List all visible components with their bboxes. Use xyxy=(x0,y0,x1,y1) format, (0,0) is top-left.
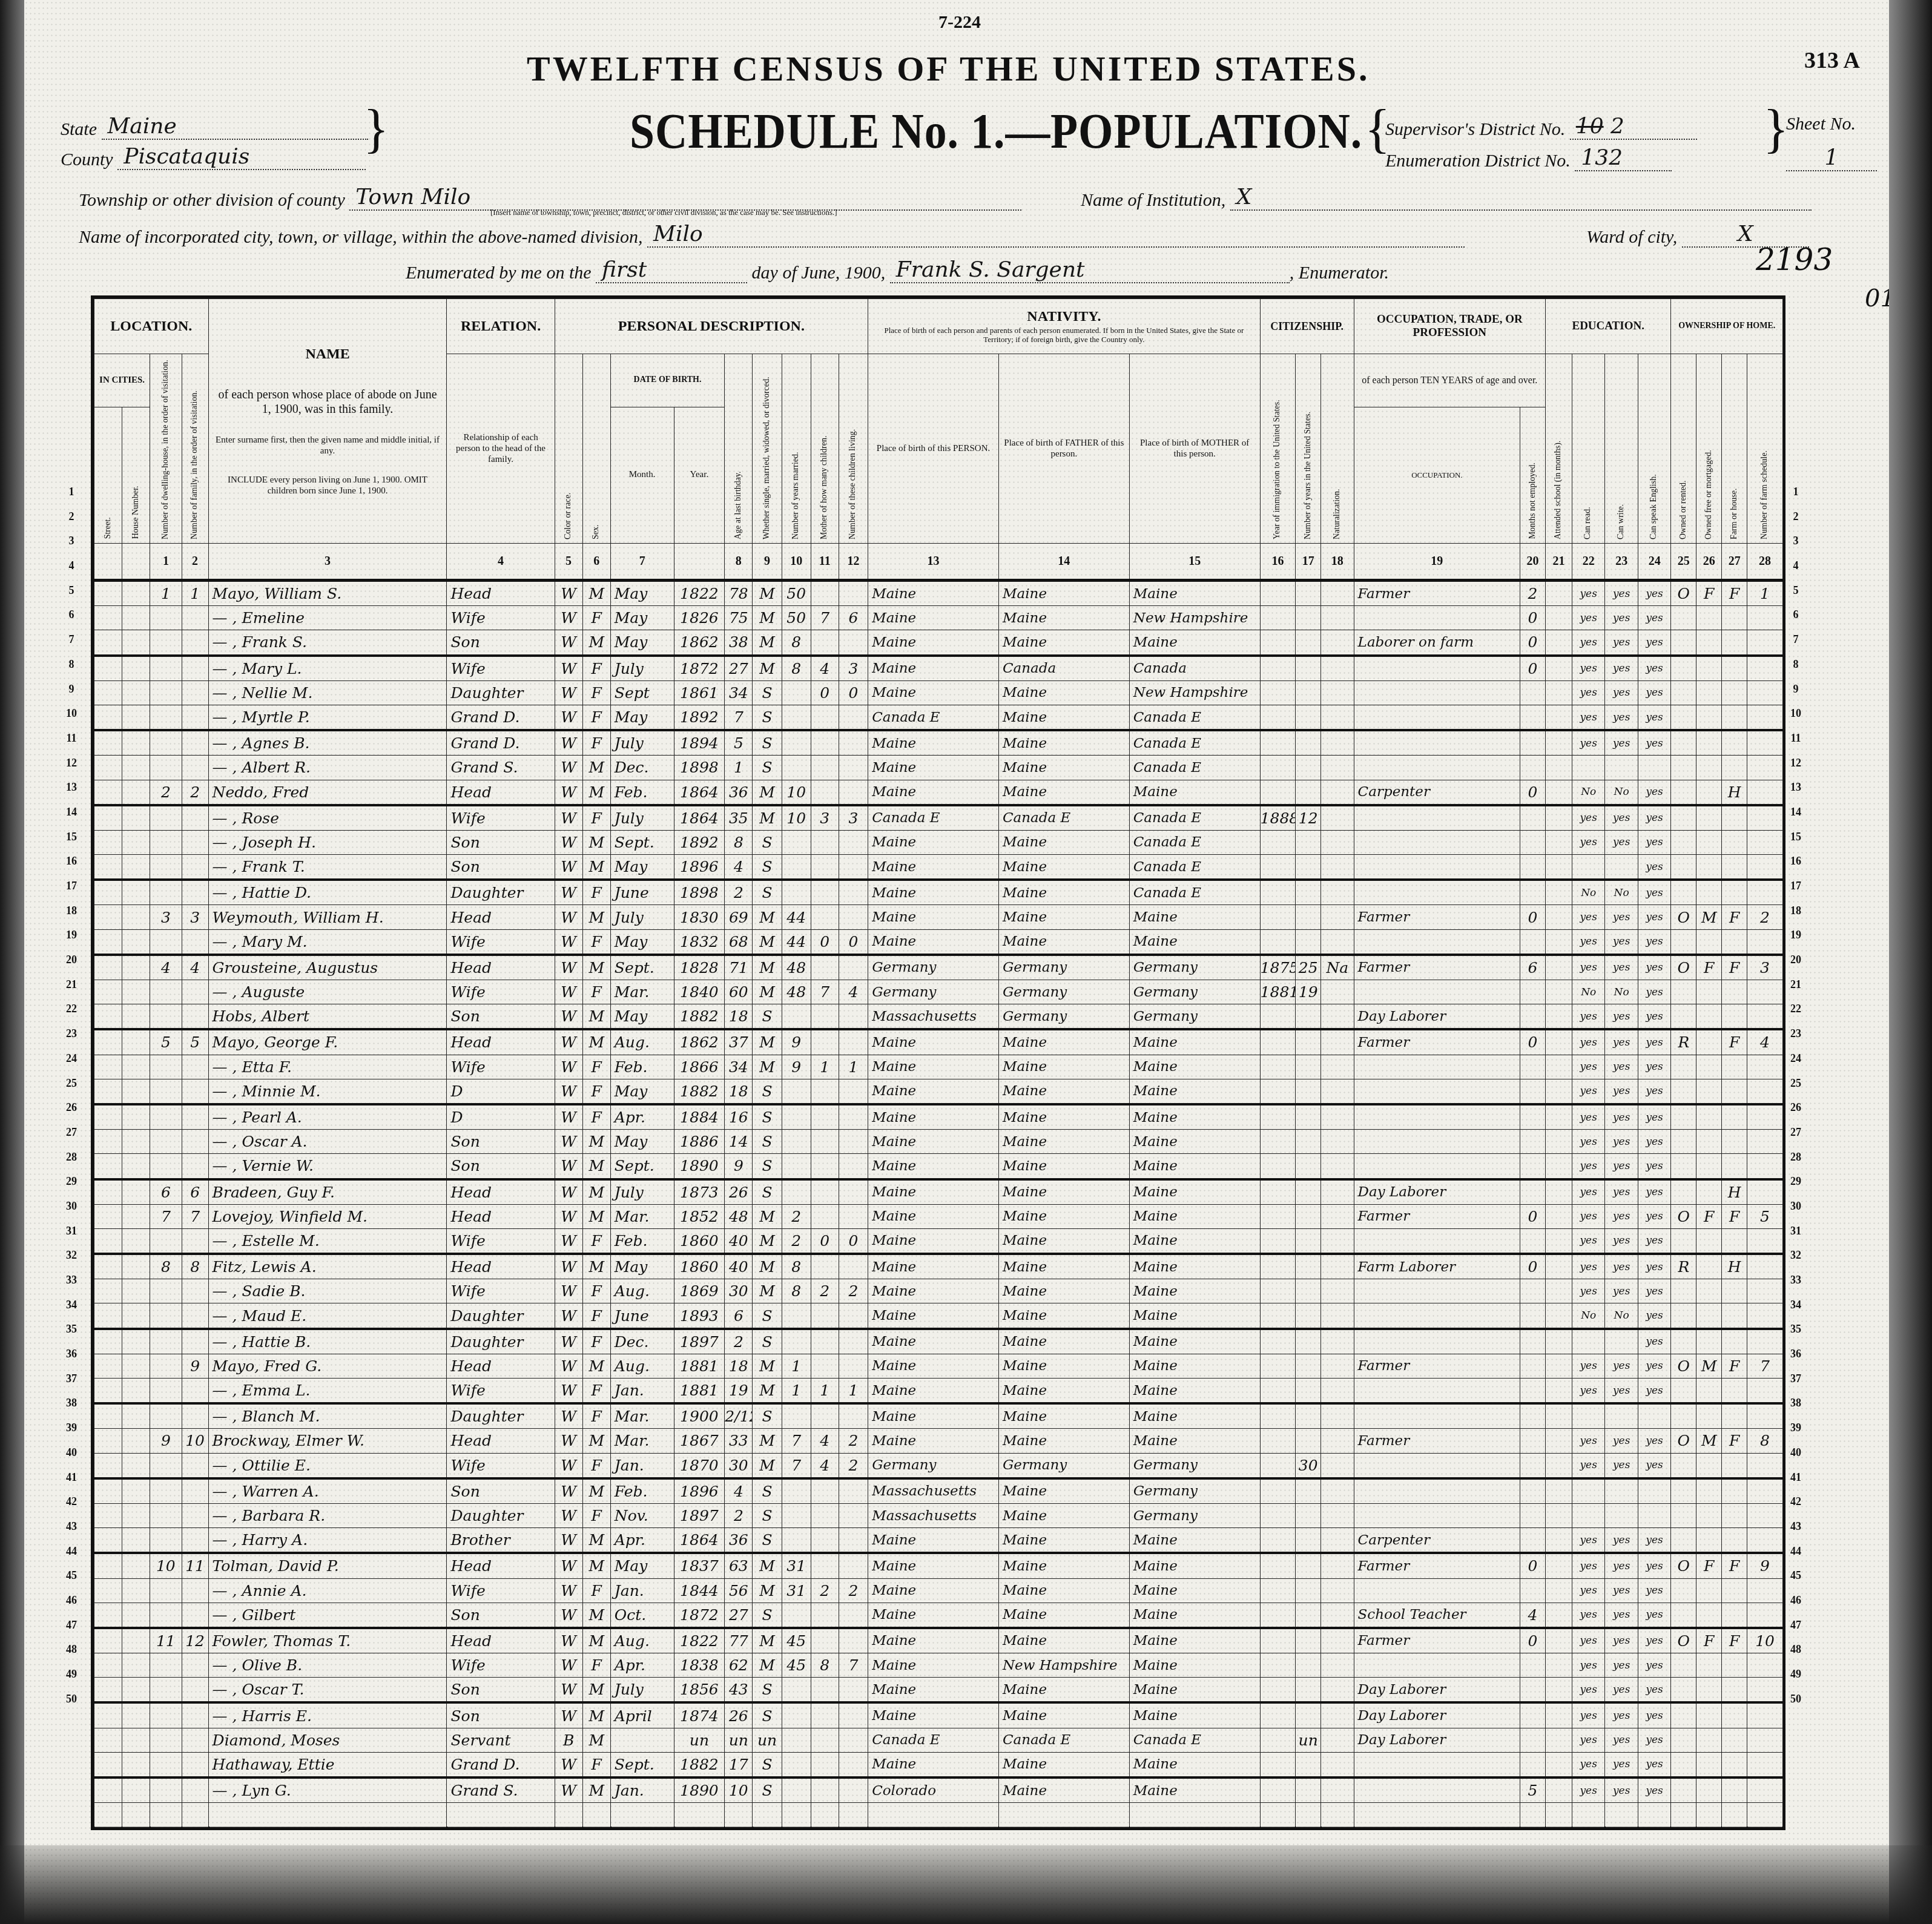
can-read-cell xyxy=(1572,1329,1604,1354)
age-cell: 60 xyxy=(725,980,753,1004)
birth-month-cell: Sept. xyxy=(610,955,674,980)
birthplace-person-cell: Germany xyxy=(868,955,999,980)
line-number: 37 xyxy=(1784,1372,1808,1397)
can-write-cell: yes xyxy=(1605,1777,1638,1803)
person-name-cell: — , Emeline xyxy=(208,606,447,630)
color-race-cell: W xyxy=(555,730,582,756)
children-living-cell xyxy=(839,1528,868,1553)
years-in-us-cell xyxy=(1296,1777,1321,1803)
township-value: Town Milo xyxy=(349,185,1021,211)
attended-school-cell xyxy=(1545,581,1572,606)
years-in-us-cell: 19 xyxy=(1296,980,1321,1004)
house-number-cell xyxy=(122,581,150,606)
months-unemployed-cell: 0 xyxy=(1520,1553,1546,1578)
birthplace-mother-cell: Germany xyxy=(1129,980,1260,1004)
person-name-cell: Mayo, Fred G. xyxy=(208,1354,447,1378)
occupation-cell xyxy=(1354,1752,1520,1777)
age-cell: 6 xyxy=(725,1303,753,1329)
age-cell: 7 xyxy=(725,705,753,730)
birth-month-cell: May xyxy=(610,606,674,630)
street-cell xyxy=(94,880,122,905)
months-unemployed-cell xyxy=(1520,1079,1546,1104)
immigration-year-cell xyxy=(1260,1628,1296,1653)
birthplace-father-cell: Maine xyxy=(998,1702,1129,1728)
marital-status-cell: M xyxy=(753,1228,782,1254)
table-row: — , Hattie B.DaughterWFDec.18972SMaineMa… xyxy=(94,1329,1783,1354)
line-number: 9 xyxy=(59,683,84,708)
attended-school-cell xyxy=(1545,1752,1572,1777)
months-unemployed-cell xyxy=(1520,1503,1546,1527)
occupation-cell xyxy=(1354,1578,1520,1603)
sex-cell: F xyxy=(582,1055,610,1079)
can-read-cell: No xyxy=(1572,780,1604,805)
line-number: 1 xyxy=(59,486,84,510)
color-race-cell: W xyxy=(555,1379,582,1404)
immigration-year-cell xyxy=(1260,1553,1296,1578)
birth-year-cell: 1898 xyxy=(674,880,725,905)
years-married-cell: 9 xyxy=(782,1055,811,1079)
house-number-cell xyxy=(122,1079,150,1104)
person-name-cell: — , Etta F. xyxy=(208,1055,447,1079)
street-cell xyxy=(94,1478,122,1504)
attended-school-cell xyxy=(1545,780,1572,805)
birth-year-cell: 1867 xyxy=(674,1429,725,1453)
sex-cell: M xyxy=(582,780,610,805)
owned-free-mortgaged-cell xyxy=(1696,1528,1722,1553)
supervisor-label: Supervisor's District No. xyxy=(1385,119,1565,139)
dwelling-number-cell xyxy=(150,1728,182,1752)
birthplace-mother-cell: Maine xyxy=(1129,581,1260,606)
mother-of-children-cell: 1 xyxy=(811,1379,839,1404)
enumerator-label: , Enumerator. xyxy=(1290,263,1389,283)
birthplace-person-cell: Maine xyxy=(868,606,999,630)
can-read-cell: yes xyxy=(1572,680,1604,705)
line-number: 42 xyxy=(1784,1495,1808,1520)
can-write-cell: yes xyxy=(1605,1079,1638,1104)
birthplace-mother-cell: Maine xyxy=(1129,630,1260,656)
dwelling-number-cell xyxy=(150,1055,182,1079)
marital-status-cell: S xyxy=(753,1403,782,1429)
table-row: — , Pearl A.DWFApr.188416SMaineMaineMain… xyxy=(94,1104,1783,1130)
months-unemployed-cell xyxy=(1520,830,1546,854)
years-married-cell: 48 xyxy=(782,980,811,1004)
occupation-cell: Farmer xyxy=(1354,1628,1520,1653)
house-number-cell xyxy=(122,1653,150,1678)
sex-cell: F xyxy=(582,1279,610,1303)
marital-status-cell: M xyxy=(753,955,782,980)
nativity-desc: Place of birth of each person and parent… xyxy=(872,326,1256,344)
group-citizenship: CITIZENSHIP. xyxy=(1260,299,1354,354)
naturalization-cell xyxy=(1321,1303,1354,1329)
months-unemployed-cell: 0 xyxy=(1520,1029,1546,1055)
birthplace-father-cell: Maine xyxy=(998,1354,1129,1378)
column-number: 4 xyxy=(447,544,555,581)
years-married-cell: 44 xyxy=(782,929,811,955)
table-row: — , Annie A.WifeWFJan.184456M3122MaineMa… xyxy=(94,1578,1783,1603)
table-row: 1011Tolman, David P.HeadWMMay183763M31Ma… xyxy=(94,1553,1783,1578)
dwelling-number-cell xyxy=(150,830,182,854)
can-write-cell: yes xyxy=(1605,805,1638,831)
dwelling-number-cell: 11 xyxy=(150,1628,182,1653)
marital-status-cell: S xyxy=(753,1154,782,1179)
immigration-year-cell xyxy=(1260,1653,1296,1678)
immigration-year-cell xyxy=(1260,1254,1296,1279)
attended-school-cell xyxy=(1545,1702,1572,1728)
can-read-cell: yes xyxy=(1572,1678,1604,1703)
months-unemployed-cell xyxy=(1520,1653,1546,1678)
owned-rented-cell xyxy=(1671,606,1696,630)
birthplace-mother-cell: Maine xyxy=(1129,1653,1260,1678)
birth-year-cell: 1864 xyxy=(674,1528,725,1553)
owned-rented-cell xyxy=(1671,1678,1696,1703)
mother-of-children-cell: 2 xyxy=(811,1279,839,1303)
dwelling-number-cell: 4 xyxy=(150,955,182,980)
immigration-year-cell xyxy=(1260,929,1296,955)
birth-year-cell: 1828 xyxy=(674,955,725,980)
group-occupation: OCCUPATION, TRADE, OR PROFESSION xyxy=(1354,299,1545,354)
birth-month-cell: July xyxy=(610,730,674,756)
dwelling-number-cell xyxy=(150,880,182,905)
relation-cell: Son xyxy=(447,1004,555,1030)
can-write-cell: yes xyxy=(1605,1279,1638,1303)
children-living-cell: 3 xyxy=(839,656,868,681)
can-read-cell: yes xyxy=(1572,1228,1604,1254)
street-cell xyxy=(94,1503,122,1527)
relation-cell: D xyxy=(447,1079,555,1104)
birth-month-cell: Mar. xyxy=(610,1429,674,1453)
mother-of-children-cell xyxy=(811,1130,839,1154)
can-read-cell: No xyxy=(1572,880,1604,905)
sex-cell xyxy=(582,1803,610,1827)
attended-school-cell xyxy=(1545,1228,1572,1254)
years-married-cell: 7 xyxy=(782,1453,811,1478)
person-name-cell: — , Oscar A. xyxy=(208,1130,447,1154)
marital-status-cell: S xyxy=(753,1329,782,1354)
birthplace-father-cell: Maine xyxy=(998,730,1129,756)
birth-month-cell: Feb. xyxy=(610,780,674,805)
speaks-english-cell: yes xyxy=(1638,1728,1671,1752)
table-row: — , Oscar A.SonWMMay188614SMaineMaineMai… xyxy=(94,1130,1783,1154)
relation-cell: D xyxy=(447,1104,555,1130)
sex-cell: M xyxy=(582,1204,610,1228)
birthplace-father-cell: Maine xyxy=(998,1628,1129,1653)
mother-of-children-cell: 4 xyxy=(811,656,839,681)
column-number: 8 xyxy=(725,544,753,581)
attended-school-cell xyxy=(1545,980,1572,1004)
color-race-cell: W xyxy=(555,929,582,955)
dwelling-number-cell: 7 xyxy=(150,1204,182,1228)
farm-or-house-cell: H xyxy=(1722,780,1747,805)
sheet-no-field: 1 xyxy=(1786,145,1877,171)
dwelling-number-cell xyxy=(150,1702,182,1728)
table-row: — , Vernie W.SonWMSept.18909SMaineMaineM… xyxy=(94,1154,1783,1179)
naturalization-cell xyxy=(1321,1029,1354,1055)
mother-of-children-cell xyxy=(811,1303,839,1329)
attended-school-cell xyxy=(1545,1478,1572,1504)
marital-status-cell: M xyxy=(753,630,782,656)
can-read-cell: yes xyxy=(1572,1104,1604,1130)
line-number: 48 xyxy=(1784,1643,1808,1668)
dwelling-number-cell xyxy=(150,1130,182,1154)
line-number: 39 xyxy=(1784,1422,1808,1446)
months-unemployed-cell: 0 xyxy=(1520,780,1546,805)
color-race-cell: W xyxy=(555,705,582,730)
can-read-cell: yes xyxy=(1572,1254,1604,1279)
color-race-cell: W xyxy=(555,1354,582,1378)
months-unemployed-cell xyxy=(1520,1453,1546,1478)
enumeration-district-field: Enumeration District No. 132 xyxy=(1385,145,1672,171)
months-unemployed-cell xyxy=(1520,1303,1546,1329)
immigration-year-cell xyxy=(1260,1702,1296,1728)
birthplace-father-cell: Maine xyxy=(998,1104,1129,1130)
relation-cell: Wife xyxy=(447,1653,555,1678)
children-living-cell: 0 xyxy=(839,680,868,705)
years-in-us-cell xyxy=(1296,1004,1321,1030)
owned-rented-cell xyxy=(1671,1379,1696,1404)
birthplace-father-cell: Maine xyxy=(998,1478,1129,1504)
dwelling-number-cell xyxy=(150,855,182,880)
col-age: Age at last birthday. xyxy=(725,354,753,544)
color-race-cell: B xyxy=(555,1728,582,1752)
farm-schedule-number-cell xyxy=(1747,1777,1783,1803)
years-in-us-cell xyxy=(1296,1379,1321,1404)
birthplace-person-cell: Maine xyxy=(868,1429,999,1453)
can-read-cell: yes xyxy=(1572,1055,1604,1079)
birth-month-cell: May xyxy=(610,855,674,880)
attended-school-cell xyxy=(1545,1329,1572,1354)
mother-of-children-cell xyxy=(811,1204,839,1228)
immigration-year-cell xyxy=(1260,1279,1296,1303)
years-in-us-cell xyxy=(1296,1204,1321,1228)
street-cell xyxy=(94,1154,122,1179)
family-number-cell xyxy=(182,1329,208,1354)
table-row: — , GilbertSonWMOct.187227SMaineMaineMai… xyxy=(94,1603,1783,1628)
family-number-cell: 12 xyxy=(182,1628,208,1653)
can-read-cell xyxy=(1572,855,1604,880)
marital-status-cell: S xyxy=(753,1777,782,1803)
attended-school-cell xyxy=(1545,1029,1572,1055)
column-number: 15 xyxy=(1129,544,1260,581)
sex-cell: F xyxy=(582,680,610,705)
street-cell xyxy=(94,1429,122,1453)
years-married-cell: 8 xyxy=(782,630,811,656)
birthplace-mother-cell: Maine xyxy=(1129,1553,1260,1578)
house-number-cell xyxy=(122,1254,150,1279)
col-street: Street. xyxy=(94,407,122,543)
owned-rented-cell xyxy=(1671,756,1696,780)
can-read-cell: yes xyxy=(1572,955,1604,980)
family-number-cell xyxy=(182,1578,208,1603)
relation-cell: Wife xyxy=(447,1279,555,1303)
table-row: — , Emma L.WifeWFJan.188119M111MaineMain… xyxy=(94,1379,1783,1404)
age-cell: un xyxy=(725,1728,753,1752)
street-cell xyxy=(94,1653,122,1678)
owned-rented-cell xyxy=(1671,730,1696,756)
farm-schedule-number-cell: 5 xyxy=(1747,1204,1783,1228)
farm-or-house-cell xyxy=(1722,1004,1747,1030)
col-month: Month. xyxy=(610,407,674,543)
children-living-cell xyxy=(839,1303,868,1329)
relation-cell: Daughter xyxy=(447,880,555,905)
marital-status-cell: M xyxy=(753,656,782,681)
farm-or-house-cell xyxy=(1722,1379,1747,1404)
line-number: 6 xyxy=(1784,608,1808,633)
farm-or-house-cell xyxy=(1722,1130,1747,1154)
table-row: — , Ottilie E.WifeWFJan.187030M742German… xyxy=(94,1453,1783,1478)
family-number-cell xyxy=(182,756,208,780)
children-living-cell xyxy=(839,1503,868,1527)
children-living-cell: 1 xyxy=(839,1055,868,1079)
scan-edge-bottom xyxy=(0,1845,1932,1924)
birth-year-cell: un xyxy=(674,1728,725,1752)
line-number: 24 xyxy=(59,1052,84,1077)
attended-school-cell xyxy=(1545,1279,1572,1303)
speaks-english-cell: yes xyxy=(1638,1055,1671,1079)
table-row: — , Nellie M.DaughterWFSept186134S00Main… xyxy=(94,680,1783,705)
color-race-cell: W xyxy=(555,780,582,805)
birth-month-cell: Feb. xyxy=(610,1478,674,1504)
form-number: 7-224 xyxy=(938,12,981,33)
birth-year-cell: 1892 xyxy=(674,705,725,730)
line-number: 1 xyxy=(1784,486,1808,510)
can-read-cell: yes xyxy=(1572,705,1604,730)
farm-or-house-cell: F xyxy=(1722,1429,1747,1453)
age-cell: 69 xyxy=(725,905,753,929)
birthplace-mother-cell: Canada E xyxy=(1129,880,1260,905)
census-sheet: 7-224 TWELFTH CENSUS OF THE UNITED STATE… xyxy=(24,0,1889,1924)
years-married-cell: 2 xyxy=(782,1204,811,1228)
dwelling-number-cell xyxy=(150,1228,182,1254)
birth-month-cell: Apr. xyxy=(610,1104,674,1130)
dwelling-number-cell xyxy=(150,1079,182,1104)
house-number-cell xyxy=(122,1702,150,1728)
birth-month-cell: July xyxy=(610,656,674,681)
street-cell xyxy=(94,680,122,705)
col-house-number: House Number. xyxy=(122,407,150,543)
children-living-cell: 0 xyxy=(839,929,868,955)
owned-rented-cell xyxy=(1671,1528,1696,1553)
farm-schedule-number-cell xyxy=(1747,1702,1783,1728)
birthplace-mother-cell: Maine xyxy=(1129,1354,1260,1378)
color-race-cell: W xyxy=(555,1777,582,1803)
naturalization-cell xyxy=(1321,656,1354,681)
birth-month-cell: Mar. xyxy=(610,980,674,1004)
naturalization-cell xyxy=(1321,581,1354,606)
birthplace-person-cell: Canada E xyxy=(868,805,999,831)
owned-rented-cell xyxy=(1671,1403,1696,1429)
col-naturalization: Naturalization. xyxy=(1321,354,1354,544)
can-write-cell: yes xyxy=(1605,830,1638,854)
line-number: 12 xyxy=(1784,757,1808,782)
line-number: 46 xyxy=(59,1594,84,1619)
line-number: 41 xyxy=(59,1471,84,1496)
children-living-cell xyxy=(839,830,868,854)
months-unemployed-cell: 0 xyxy=(1520,656,1546,681)
can-read-cell: yes xyxy=(1572,1154,1604,1179)
years-in-us-cell xyxy=(1296,905,1321,929)
years-married-cell xyxy=(782,705,811,730)
birthplace-person-cell: Maine xyxy=(868,1228,999,1254)
birthplace-father-cell: Maine xyxy=(998,880,1129,905)
owned-free-mortgaged-cell xyxy=(1696,1653,1722,1678)
color-race-cell: W xyxy=(555,1678,582,1703)
birth-year-cell: 1897 xyxy=(674,1503,725,1527)
person-name-cell: Mayo, William S. xyxy=(208,581,447,606)
marital-status-cell: M xyxy=(753,980,782,1004)
occupation-cell xyxy=(1354,1503,1520,1527)
birthplace-mother-cell: Canada xyxy=(1129,656,1260,681)
birth-year-cell: 1882 xyxy=(674,1752,725,1777)
years-in-us-cell xyxy=(1296,1029,1321,1055)
years-married-cell xyxy=(782,1154,811,1179)
birthplace-father-cell: Maine xyxy=(998,1553,1129,1578)
can-write-cell: yes xyxy=(1605,1603,1638,1628)
birthplace-mother-cell: Germany xyxy=(1129,955,1260,980)
birthplace-person-cell: Maine xyxy=(868,1204,999,1228)
owned-rented-cell: O xyxy=(1671,955,1696,980)
line-number: 20 xyxy=(59,954,84,978)
street-cell xyxy=(94,756,122,780)
children-living-cell xyxy=(839,756,868,780)
occupation-cell xyxy=(1354,1104,1520,1130)
line-number: 7 xyxy=(1784,633,1808,658)
children-living-cell xyxy=(839,1254,868,1279)
years-in-us-cell xyxy=(1296,581,1321,606)
owned-rented-cell xyxy=(1671,1478,1696,1504)
farm-schedule-number-cell xyxy=(1747,980,1783,1004)
occupation-cell xyxy=(1354,1653,1520,1678)
can-write-cell: yes xyxy=(1605,1130,1638,1154)
sex-cell: F xyxy=(582,1079,610,1104)
street-cell xyxy=(94,1179,122,1205)
naturalization-cell xyxy=(1321,1603,1354,1628)
owned-free-mortgaged-cell xyxy=(1696,1752,1722,1777)
color-race-cell: W xyxy=(555,1303,582,1329)
age-cell: 18 xyxy=(725,1354,753,1378)
can-write-cell: yes xyxy=(1605,680,1638,705)
months-unemployed-cell xyxy=(1520,1403,1546,1429)
column-number: 28 xyxy=(1747,544,1783,581)
line-number: 34 xyxy=(1784,1299,1808,1323)
naturalization-cell xyxy=(1321,929,1354,955)
children-living-cell xyxy=(839,1154,868,1179)
birthplace-father-cell: Maine xyxy=(998,1603,1129,1628)
years-in-us-cell xyxy=(1296,1803,1321,1827)
sex-cell: F xyxy=(582,929,610,955)
can-read-cell xyxy=(1572,1803,1604,1827)
birth-year-cell: 1873 xyxy=(674,1179,725,1205)
line-number: 15 xyxy=(59,831,84,855)
owned-free-mortgaged-cell xyxy=(1696,1029,1722,1055)
age-cell: 30 xyxy=(725,1279,753,1303)
house-number-cell xyxy=(122,1179,150,1205)
birth-year-cell: 1830 xyxy=(674,905,725,929)
months-unemployed-cell xyxy=(1520,1154,1546,1179)
attended-school-cell xyxy=(1545,1204,1572,1228)
occupation-cell xyxy=(1354,1154,1520,1179)
color-race-cell: W xyxy=(555,656,582,681)
owned-free-mortgaged-cell: M xyxy=(1696,905,1722,929)
speaks-english-cell: yes xyxy=(1638,1279,1671,1303)
sex-cell: F xyxy=(582,1403,610,1429)
line-number: 20 xyxy=(1784,954,1808,978)
mother-of-children-cell: 4 xyxy=(811,1429,839,1453)
speaks-english-cell: yes xyxy=(1638,1228,1671,1254)
years-married-cell: 8 xyxy=(782,1279,811,1303)
farm-or-house-cell xyxy=(1722,1279,1747,1303)
birth-month-cell: July xyxy=(610,805,674,831)
immigration-year-cell xyxy=(1260,1130,1296,1154)
